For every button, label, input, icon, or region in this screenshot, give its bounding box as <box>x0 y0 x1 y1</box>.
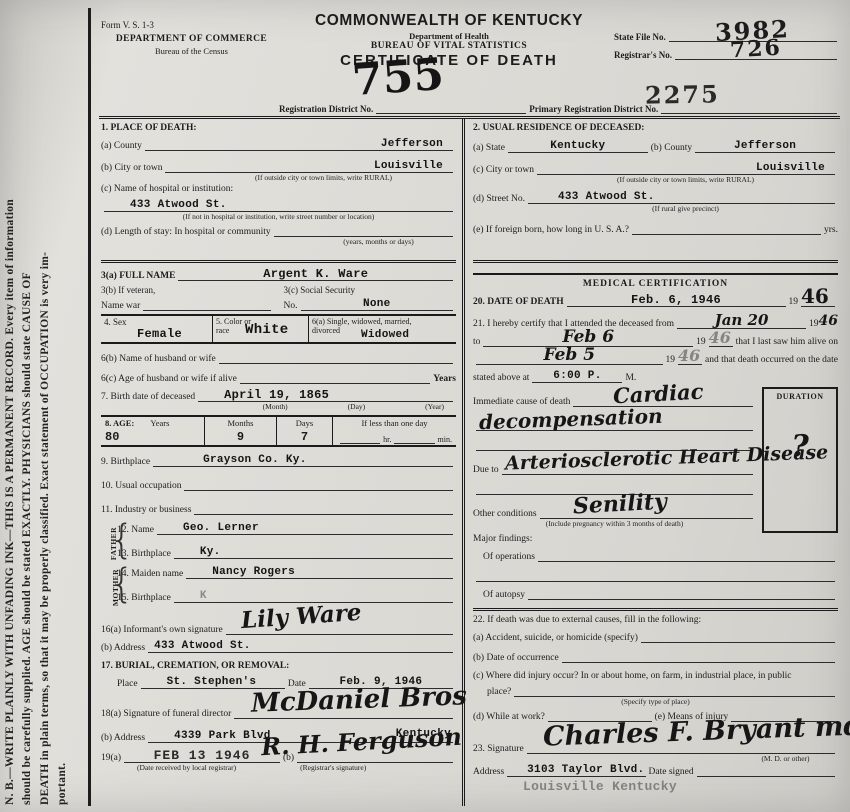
registrar-no-label: Registrar's No. <box>614 50 672 60</box>
county-label: (a) County <box>101 141 142 151</box>
age-box: 8. AGE: Years 80 Months 9 Days 7 If less… <box>101 415 456 447</box>
spouse-age-label: 6(c) Age of husband or wife if alive <box>101 374 237 384</box>
m-label: M. <box>625 373 636 383</box>
hospital-value: 433 Atwood St. <box>104 200 453 211</box>
autopsy-label: Of autopsy <box>483 590 525 600</box>
duration-label: DURATION <box>764 392 836 401</box>
informant-line <box>226 623 453 635</box>
time-value: 6:00 P. <box>532 371 622 382</box>
stay-label: (d) Length of stay: In hospital or commu… <box>101 227 271 237</box>
year-note: (Year) <box>425 402 444 411</box>
father-birthplace-line: Ky. <box>174 547 453 559</box>
res-county-line: Jefferson <box>695 141 835 153</box>
father-name-label: 12. Name <box>117 525 154 535</box>
res-street-line: 433 Atwood St. <box>528 192 835 204</box>
place-title: 1. PLACE OF DEATH: <box>101 123 197 133</box>
to-label: to <box>473 337 480 347</box>
form-header: Form V. S. 1-3 DEPARTMENT OF COMMERCE Bu… <box>99 12 840 96</box>
sex-race-marital-box: 4. Sex Female 5. Color or race White 6(a… <box>101 314 456 344</box>
industry-line <box>194 503 453 515</box>
res-city-value: Louisville <box>537 163 835 174</box>
age-min-line <box>394 432 434 444</box>
received-date-stamp: FEB 13 1946 <box>154 748 251 763</box>
last-saw-year-line: 46 <box>678 353 702 365</box>
ext-a-line <box>641 631 835 643</box>
spouse-label: 6(b) Name of husband or wife <box>101 354 216 364</box>
physician-sig-label: 23. Signature <box>473 744 524 754</box>
director-addr-label: (b) Address <box>101 733 145 743</box>
ext-d-label: (d) While at work? <box>473 712 545 722</box>
mother-birthplace-label: 15. Birthplace <box>117 593 171 603</box>
age-days-label: Days <box>281 418 328 428</box>
cause-line2 <box>476 419 753 431</box>
external-title: 22. If death was due to external causes,… <box>473 615 701 625</box>
time-line: 6:00 P. <box>532 371 622 383</box>
res-city-line: Louisville <box>537 163 835 175</box>
due-to-label: Due to <box>473 465 499 475</box>
ssn-sub-label: No. <box>284 301 298 311</box>
registrar-sig-note: (Registrar's signature) <box>300 763 366 772</box>
age-months-value: 9 <box>209 430 272 444</box>
ssn-line: None <box>301 299 454 311</box>
cause-line3 <box>476 439 753 451</box>
ext-c-label: (c) Where did injury occur? In or about … <box>473 671 792 681</box>
marital-value: Widowed <box>361 329 409 341</box>
registration-district-line <box>376 102 526 114</box>
registration-district-label: Registration District No. <box>279 104 373 114</box>
physician-addr-line: 3103 Taylor Blvd. <box>507 765 645 777</box>
margin-line: DEATH in plain terms, so that it may be … <box>37 15 54 805</box>
informant-label: 16(a) Informant's own signature <box>101 625 223 635</box>
veteran-line <box>143 299 270 311</box>
mother-group: MOTHER { 14. Maiden name Nancy Rogers 15… <box>101 565 456 603</box>
occurred-label: and that death occurred on the date <box>705 355 838 365</box>
operations-label: Of operations <box>483 552 535 562</box>
foreign-suffix: yrs. <box>824 225 838 235</box>
margin-line: N. B.—WRITE PLAINLY WITH UNFADING INK—TH… <box>2 15 19 805</box>
occupation-line <box>184 479 453 491</box>
day-note: (Day) <box>348 402 366 411</box>
operations-line <box>538 550 835 562</box>
attend-from-year: 46 <box>819 313 838 329</box>
stay-line <box>274 225 453 237</box>
res-county-value: Jefferson <box>695 141 835 152</box>
informant-addr-value: 433 Atwood St. <box>148 641 453 652</box>
dod-year-line: 46 <box>801 295 835 307</box>
received-label: 19(a) <box>101 753 121 763</box>
city-line: Louisville <box>165 161 453 173</box>
ext-c-cont-label: place? <box>487 687 511 697</box>
age-years-value: 80 <box>105 430 200 444</box>
blank-line <box>476 483 753 495</box>
res-street-value: 433 Atwood St. <box>528 192 835 203</box>
industry-label: 11. Industry or business <box>101 505 191 515</box>
dod-line: Feb. 6, 1946 <box>567 295 786 307</box>
last-saw-value: Feb 5 <box>543 345 595 365</box>
attend-from-yr-prefix: 19 <box>809 319 819 329</box>
ext-b-line <box>562 651 835 663</box>
birthdate-label: 7. Birth date of deceased <box>101 392 195 402</box>
residence-section: 2. USUAL RESIDENCE OF DECEASED: (a) Stat… <box>473 121 838 263</box>
fullname-label: 3(a) FULL NAME <box>101 271 175 281</box>
ext-e-line <box>731 710 835 722</box>
director-addr-line: 4339 Park Blvd Kentucky <box>148 731 453 743</box>
cause-label: Immediate cause of death <box>473 397 570 407</box>
res-state-value: Kentucky <box>508 141 648 152</box>
attend-to-year-line: 46 <box>709 335 733 347</box>
date-signed-line <box>697 765 835 777</box>
age-years-label: Years <box>150 418 169 428</box>
birthdate-line: April 19, 1865 <box>198 390 453 402</box>
primary-district-label: Primary Registration District No. <box>529 104 658 114</box>
mother-birthplace-line: K <box>174 591 453 603</box>
foreign-label: (e) If foreign born, how long in U. S. A… <box>473 225 629 235</box>
father-name-line: Geo. Lerner <box>157 523 453 535</box>
month-note: (Month) <box>263 402 288 411</box>
res-state-label: (a) State <box>473 143 505 153</box>
director-label: 18(a) Signature of funeral director <box>101 709 231 719</box>
duration-box: DURATION ? <box>762 387 838 533</box>
bureau-vital-statistics: BUREAU OF VITAL STATISTICS <box>284 41 614 51</box>
stated-label: stated above at <box>473 373 529 383</box>
dod-year-value: 46 <box>801 284 829 308</box>
bureau-name: Bureau of the Census <box>99 46 284 56</box>
veteran-label: 3(b) If veteran, <box>101 285 274 295</box>
certificate-form: Form V. S. 1-3 DEPARTMENT OF COMMERCE Bu… <box>88 8 846 806</box>
age-hr-label: hr. <box>383 435 391 444</box>
ext-a-label: (a) Accident, suicide, or homicide (spec… <box>473 633 638 643</box>
county-value: Jefferson <box>145 139 453 150</box>
foreign-line <box>632 223 821 235</box>
fullname-value: Argent K. Ware <box>178 268 453 280</box>
dod-label: 20. DATE OF DEATH <box>473 297 564 307</box>
res-street-note: (If rural give precinct) <box>533 204 838 213</box>
marital-label: 6(a) Single, widowed, married, <box>312 317 453 326</box>
attend-to-year: 46 <box>709 328 731 347</box>
age-less-label: If less than one day <box>337 418 452 428</box>
physician-addr-label: Address <box>473 767 504 777</box>
registrar-no-value: 726 <box>730 40 783 60</box>
margin-instructions: N. B.—WRITE PLAINLY WITH UNFADING INK—TH… <box>2 15 82 805</box>
race-value: White <box>245 322 289 338</box>
primary-district-stamp: 2275 <box>645 79 720 109</box>
department-name: DEPARTMENT OF COMMERCE <box>99 34 284 44</box>
scanned-death-certificate: N. B.—WRITE PLAINLY WITH UNFADING INK—TH… <box>0 0 850 812</box>
dept-health: Department of Health <box>284 31 614 41</box>
veteran-sub-label: Name war <box>101 301 140 311</box>
physician-addr-value: 3103 Taylor Blvd. <box>507 765 645 776</box>
last-saw-yr-prefix: 19 <box>666 355 676 365</box>
burial-date-label: Date <box>288 679 306 689</box>
received-note: (Date received by local registrar) <box>137 763 236 772</box>
age-min-label: min. <box>438 435 452 444</box>
hospital-label: (c) Name of hospital or institution: <box>101 184 233 194</box>
father-birthplace-value: Ky. <box>174 547 453 558</box>
sex-value: Female <box>137 327 182 341</box>
spouse-age-suffix: Years <box>433 374 456 384</box>
last-saw-line: Feb 5 <box>476 353 663 365</box>
city-note: (If outside city or town limits, write R… <box>191 173 456 182</box>
right-column: 2. USUAL RESIDENCE OF DECEASED: (a) Stat… <box>465 119 840 806</box>
ssn-label: 3(c) Social Security <box>284 285 457 295</box>
other-conditions-note: (Include pregnancy within 3 months of de… <box>473 519 756 528</box>
due-to-line <box>502 463 753 475</box>
place-of-death-section: 1. PLACE OF DEATH: (a) County Jefferson … <box>101 121 456 263</box>
burial-place-value: St. Stephen's <box>141 677 285 688</box>
stay-note: (years, months or days) <box>301 237 456 246</box>
residence-title: 2. USUAL RESIDENCE OF DECEASED: <box>473 123 644 133</box>
director-line <box>234 707 453 719</box>
last-saw-year: 46 <box>678 346 700 365</box>
birthplace-value: Grayson Co. Ky. <box>153 455 453 466</box>
mother-birthplace-value: K <box>174 591 453 602</box>
father-group: FATHER { 12. Name Geo. Lerner 13. Birthp… <box>101 521 456 559</box>
ext-c-line <box>514 685 835 697</box>
ext-c-note: (Specify type of place) <box>473 697 838 706</box>
sex-label: 4. Sex <box>104 317 127 327</box>
county-line: Jefferson <box>145 139 453 151</box>
ext-b-label: (b) Date of occurrence <box>473 653 559 663</box>
res-county-label: (b) County <box>651 143 692 153</box>
medical-title: MEDICAL CERTIFICATION <box>473 279 838 289</box>
date-signed-label: Date signed <box>649 767 694 777</box>
burial-place-label: Place <box>117 679 138 689</box>
medical-certification-section: MEDICAL CERTIFICATION 20. DATE OF DEATH … <box>473 273 838 794</box>
duration-value: ? <box>764 429 836 464</box>
informant-addr-line: 433 Atwood St. <box>148 641 453 653</box>
mother-name-label: 14. Maiden name <box>117 569 183 579</box>
other-conditions-line <box>540 507 753 519</box>
informant-addr-label: (b) Address <box>101 643 145 653</box>
attend-from-line: Jan 20 <box>677 317 806 329</box>
burial-title: 17. BURIAL, CREMATION, OR REMOVAL: <box>101 661 289 671</box>
hospital-note: (If not in hospital or institution, writ… <box>101 212 456 221</box>
father-birthplace-label: 13. Birthplace <box>117 549 171 559</box>
state-file-label: State File No. <box>614 32 666 42</box>
city-value: Louisville <box>165 161 453 172</box>
mother-name-line: Nancy Rogers <box>186 567 453 579</box>
header-left: Form V. S. 1-3 DEPARTMENT OF COMMERCE Bu… <box>99 12 284 96</box>
hospital-line: 433 Atwood St. <box>104 200 453 212</box>
age-label: 8. AGE: <box>105 418 134 428</box>
occupation-label: 10. Usual occupation <box>101 481 181 491</box>
district-row: Registration District No. Primary Regist… <box>99 96 840 114</box>
other-conditions-label: Other conditions <box>473 509 537 519</box>
findings-label: Major findings: <box>473 534 532 544</box>
spouse-age-line <box>240 372 430 384</box>
res-city-label: (c) City or town <box>473 165 534 175</box>
attend-from-value: Jan 20 <box>715 311 769 329</box>
ext-e-label: (e) Means of injury <box>655 712 729 722</box>
blank-line <box>476 570 835 582</box>
birthdate-value: April 19, 1865 <box>198 389 453 401</box>
form-number: Form V. S. 1-3 <box>101 20 284 30</box>
director-addr-city: Kentucky <box>396 728 451 740</box>
registrar-no-line: 726 <box>675 48 837 60</box>
city-stamp: Louisville Kentucky <box>523 779 677 794</box>
physician-sig-line <box>527 742 835 754</box>
burial-date-line: Feb. 9, 1946 <box>309 677 453 689</box>
city-label: (b) City or town <box>101 163 162 173</box>
autopsy-line <box>528 588 835 600</box>
ssn-value: None <box>301 299 454 310</box>
margin-line: portant. <box>54 15 71 805</box>
res-state-line: Kentucky <box>508 141 648 153</box>
cause-of-death-block: DURATION ? Immediate cause of death Card… <box>473 389 838 528</box>
cause-line1 <box>573 395 753 407</box>
margin-line: should be carefully supplied. AGE should… <box>19 15 36 805</box>
external-causes-section: 22. If death was due to external causes,… <box>473 608 838 794</box>
received-line: FEB 13 1946 <box>124 751 280 763</box>
dod-year-prefix: 19 <box>789 297 799 307</box>
spouse-line <box>219 352 453 364</box>
dod-value: Feb. 6, 1946 <box>567 294 786 306</box>
burial-date-value: Feb. 9, 1946 <box>309 677 453 688</box>
birthplace-line: Grayson Co. Ky. <box>153 455 453 467</box>
veteran-ssn-block: 3(b) If veteran, Name war 3(c) Social Se… <box>101 285 456 311</box>
header-center: COMMONWEALTH OF KENTUCKY Department of H… <box>284 12 614 96</box>
last-saw-label: that I last saw him alive on <box>736 337 838 347</box>
left-column: 1. PLACE OF DEATH: (a) County Jefferson … <box>99 119 465 806</box>
certificate-title: CERTIFICATE OF DEATH <box>284 52 614 69</box>
commonwealth-title: COMMONWEALTH OF KENTUCKY <box>284 12 614 30</box>
age-days-value: 7 <box>281 430 328 444</box>
mother-name-value: Nancy Rogers <box>186 567 453 578</box>
physician-sig-note: (M. D. or other) <box>733 754 838 763</box>
burial-place-line: St. Stephen's <box>141 677 285 689</box>
form-columns: 1. PLACE OF DEATH: (a) County Jefferson … <box>99 116 840 806</box>
registrar-b-label: (b) <box>283 753 294 763</box>
res-street-label: (d) Street No. <box>473 194 525 204</box>
birthplace-label: 9. Birthplace <box>101 457 150 467</box>
father-name-value: Geo. Lerner <box>157 523 453 534</box>
fullname-line: Argent K. Ware <box>178 269 453 281</box>
age-hr-line <box>340 432 380 444</box>
attend-to-value: Feb 6 <box>562 327 614 347</box>
ext-d-line <box>548 710 652 722</box>
registrar-sig-line <box>297 751 453 763</box>
res-city-note: (If outside city or town limits, write R… <box>533 175 838 184</box>
age-months-label: Months <box>209 418 272 428</box>
